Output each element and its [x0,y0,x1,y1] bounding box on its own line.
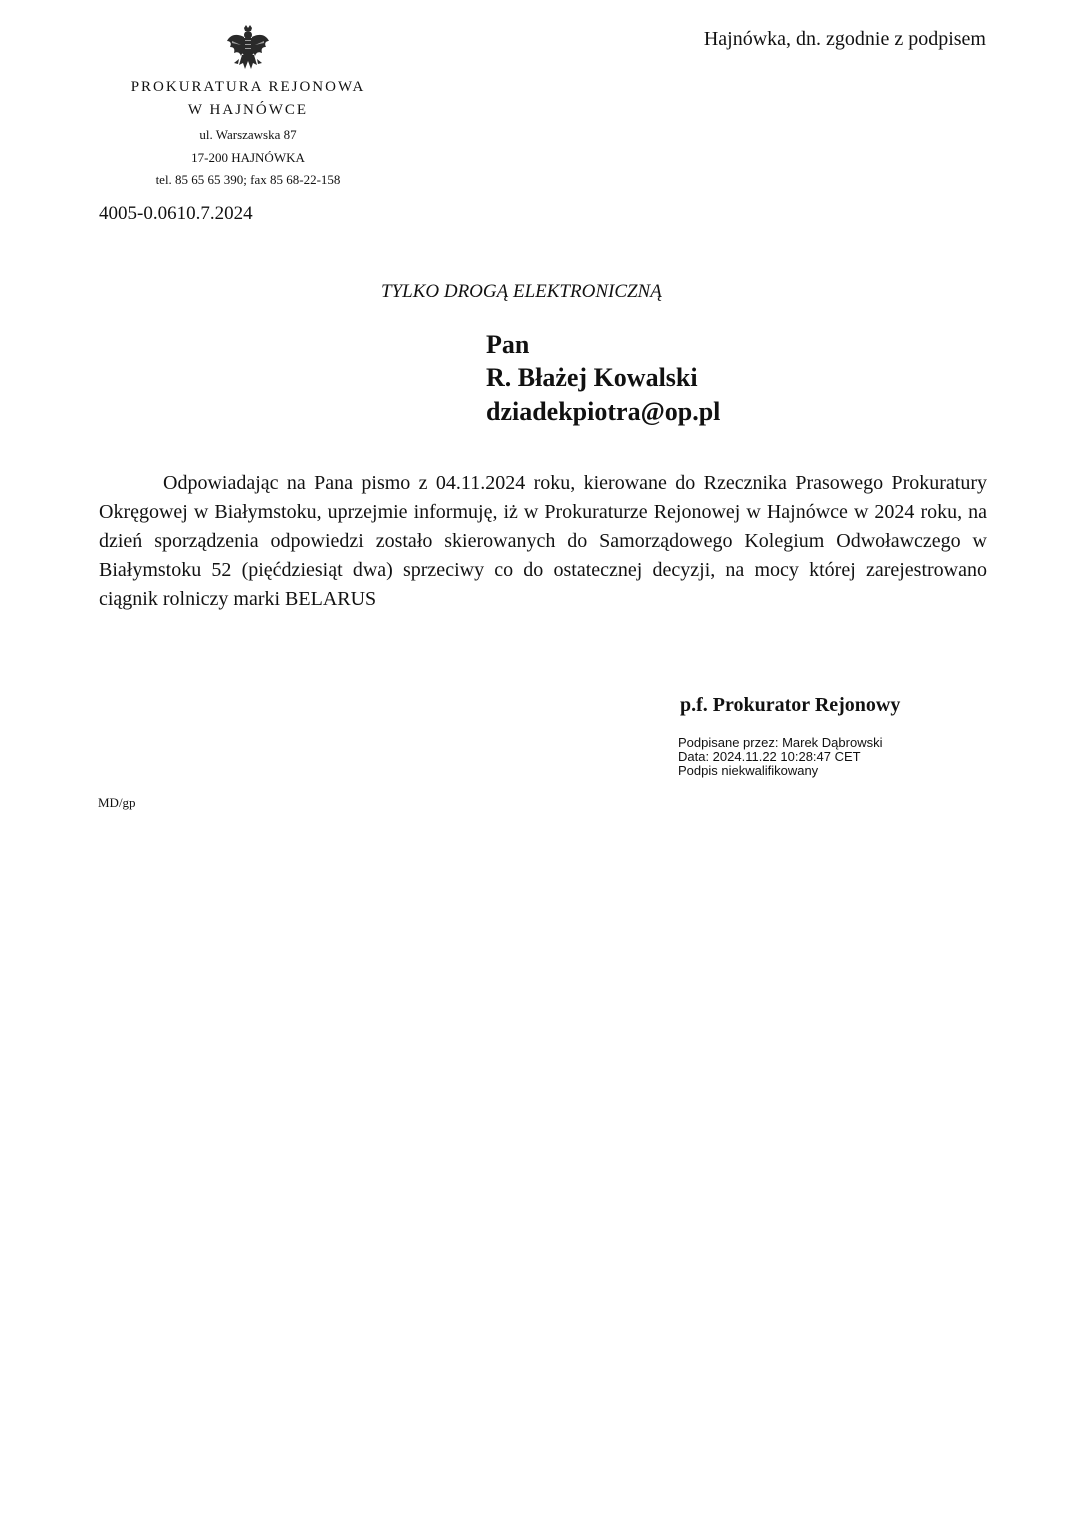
signer-title: p.f. Prokurator Rejonowy [680,694,900,717]
delivery-note: TYLKO DROGĄ ELEKTRONICZNĄ [381,281,662,303]
place-and-date: Hajnówka, dn. zgodnie z podpisem [704,28,986,51]
organization-location: W HAJNÓWCE [100,102,396,119]
polish-eagle-emblem-icon [226,25,270,71]
address-street: ul. Warszawska 87 [100,127,396,143]
recipient-salutation: Pan [486,330,529,360]
organization-name: PROKURATURA REJONOWA [100,79,396,96]
contact-phone-fax: tel. 85 65 65 390; fax 85 68-22-158 [100,172,396,188]
signature-signed-by: Podpisane przez: Marek Dąbrowski [678,736,882,750]
signature-type: Podpis niekwalifikowany [678,764,818,778]
author-initials: MD/gp [98,795,136,811]
address-city: 17-200 HAJNÓWKA [100,150,396,166]
letter-body-paragraph: Odpowiadając na Pana pismo z 04.11.2024 … [99,469,987,614]
recipient-email: dziadekpiotra@op.pl [486,397,720,427]
reference-number: 4005-0.0610.7.2024 [99,203,253,225]
signature-date: Data: 2024.11.22 10:28:47 CET [678,750,861,764]
recipient-name: R. Błażej Kowalski [486,363,698,393]
